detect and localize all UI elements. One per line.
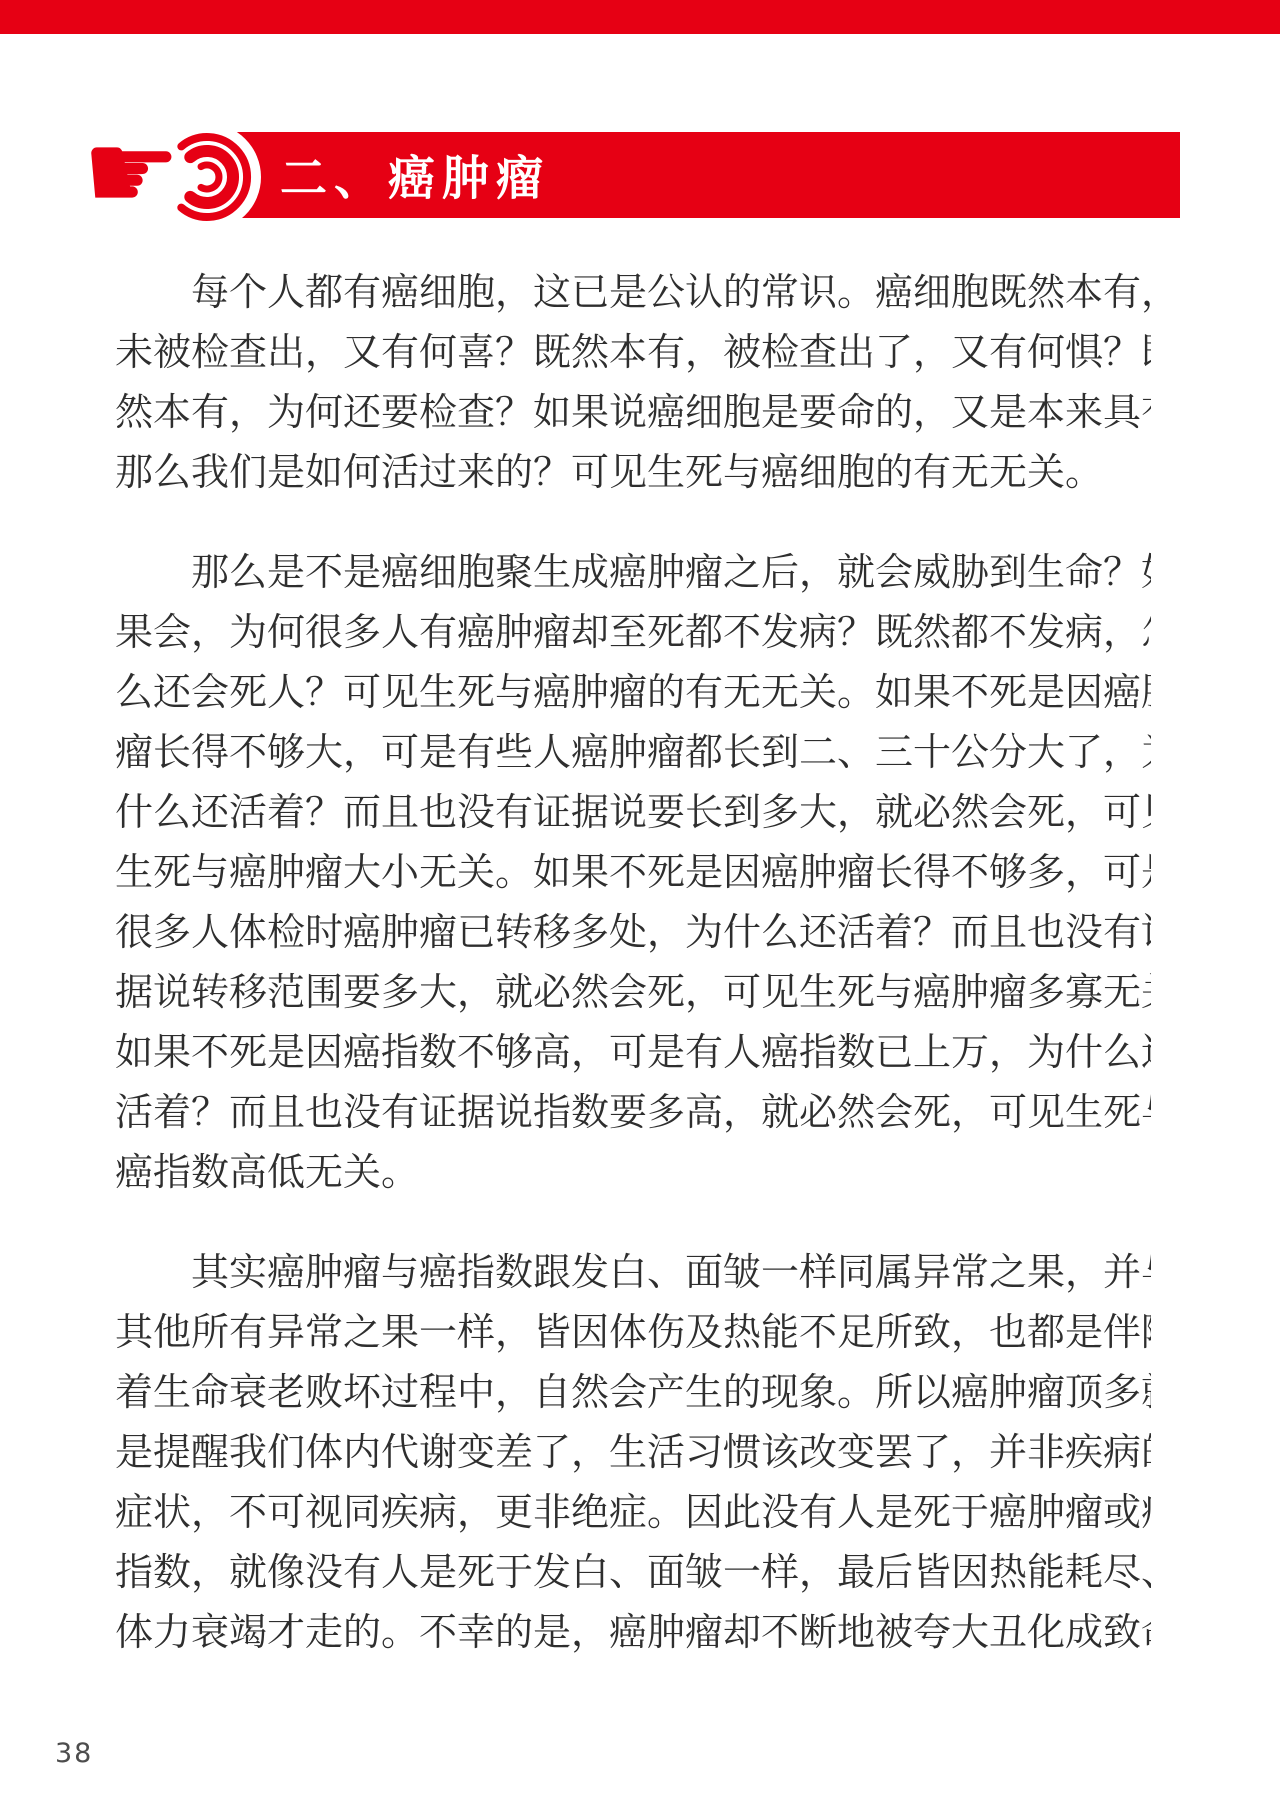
text-line: 什么还活着？而且也没有证据说要长到多大，就必然会死，可见: [115, 782, 1151, 842]
text-line: 癌指数高低无关。: [115, 1142, 1151, 1202]
section-title: 二、癌肿瘤: [280, 142, 550, 209]
text-line: 体力衰竭才走的。不幸的是，癌肿瘤却不断地被夸大丑化成致命: [115, 1602, 1151, 1662]
text-line: 那么我们是如何活过来的？可见生死与癌细胞的有无无关。: [115, 442, 1151, 502]
text-line: 其实癌肿瘤与癌指数跟发白、面皱一样同属异常之果，并与: [115, 1242, 1151, 1302]
paragraph: 那么是不是癌细胞聚生成癌肿瘤之后，就会威胁到生命？如 果会，为何很多人有癌肿瘤却…: [115, 542, 1151, 1202]
text-line: 很多人体检时癌肿瘤已转移多处，为什么还活着？而且也没有证: [115, 902, 1151, 962]
text-line: 如果不死是因癌指数不够高，可是有人癌指数已上万，为什么还: [115, 1022, 1151, 1082]
text-line: 每个人都有癌细胞，这已是公认的常识。癌细胞既然本有，: [115, 262, 1151, 322]
text-line: 然本有，为何还要检查？如果说癌细胞是要命的，又是本来具有，: [115, 382, 1151, 442]
page-number: 38: [55, 1738, 93, 1769]
section-header-banner: 二、癌肿瘤: [218, 132, 1180, 218]
paragraph: 每个人都有癌细胞，这已是公认的常识。癌细胞既然本有， 未被检查出，又有何喜？既然…: [115, 262, 1151, 502]
text-line: 那么是不是癌细胞聚生成癌肿瘤之后，就会威胁到生命？如: [115, 542, 1151, 602]
text-line: 瘤长得不够大，可是有些人癌肿瘤都长到二、三十公分大了，为: [115, 722, 1151, 782]
text-line: 指数，就像没有人是死于发白、面皱一样，最后皆因热能耗尽、: [115, 1542, 1151, 1602]
text-line: 是提醒我们体内代谢变差了，生活习惯该改变罢了，并非疾病的: [115, 1422, 1151, 1482]
body-text: 每个人都有癌细胞，这已是公认的常识。癌细胞既然本有， 未被检查出，又有何喜？既然…: [115, 262, 1151, 1662]
top-red-bar: [0, 0, 1280, 34]
text-line: 着生命衰老败坏过程中，自然会产生的现象。所以癌肿瘤顶多就: [115, 1362, 1151, 1422]
text-line: 据说转移范围要多大，就必然会死，可见生死与癌肿瘤多寡无关。: [115, 962, 1151, 1022]
text-line: 么还会死人？可见生死与癌肿瘤的有无无关。如果不死是因癌肿: [115, 662, 1151, 722]
paragraph: 其实癌肿瘤与癌指数跟发白、面皱一样同属异常之果，并与 其他所有异常之果一样，皆因…: [115, 1242, 1151, 1662]
pointing-hand-icon: ☛: [82, 108, 181, 236]
text-line: 生死与癌肿瘤大小无关。如果不死是因癌肿瘤长得不够多，可是: [115, 842, 1151, 902]
text-line: 果会，为何很多人有癌肿瘤却至死都不发病？既然都不发病，怎: [115, 602, 1151, 662]
hand-press-target-icon: ☛: [80, 116, 280, 241]
text-line: 活着？而且也没有证据说指数要多高，就必然会死，可见生死与: [115, 1082, 1151, 1142]
text-line: 未被检查出，又有何喜？既然本有，被检查出了，又有何惧？既: [115, 322, 1151, 382]
text-line: 其他所有异常之果一样，皆因体伤及热能不足所致，也都是伴随: [115, 1302, 1151, 1362]
text-line: 症状，不可视同疾病，更非绝症。因此没有人是死于癌肿瘤或癌: [115, 1482, 1151, 1542]
document-page: 二、癌肿瘤 ☛ 每个人都有癌细胞，这已是公认的常识。癌细胞既然本有， 未被检查出…: [0, 0, 1280, 1817]
